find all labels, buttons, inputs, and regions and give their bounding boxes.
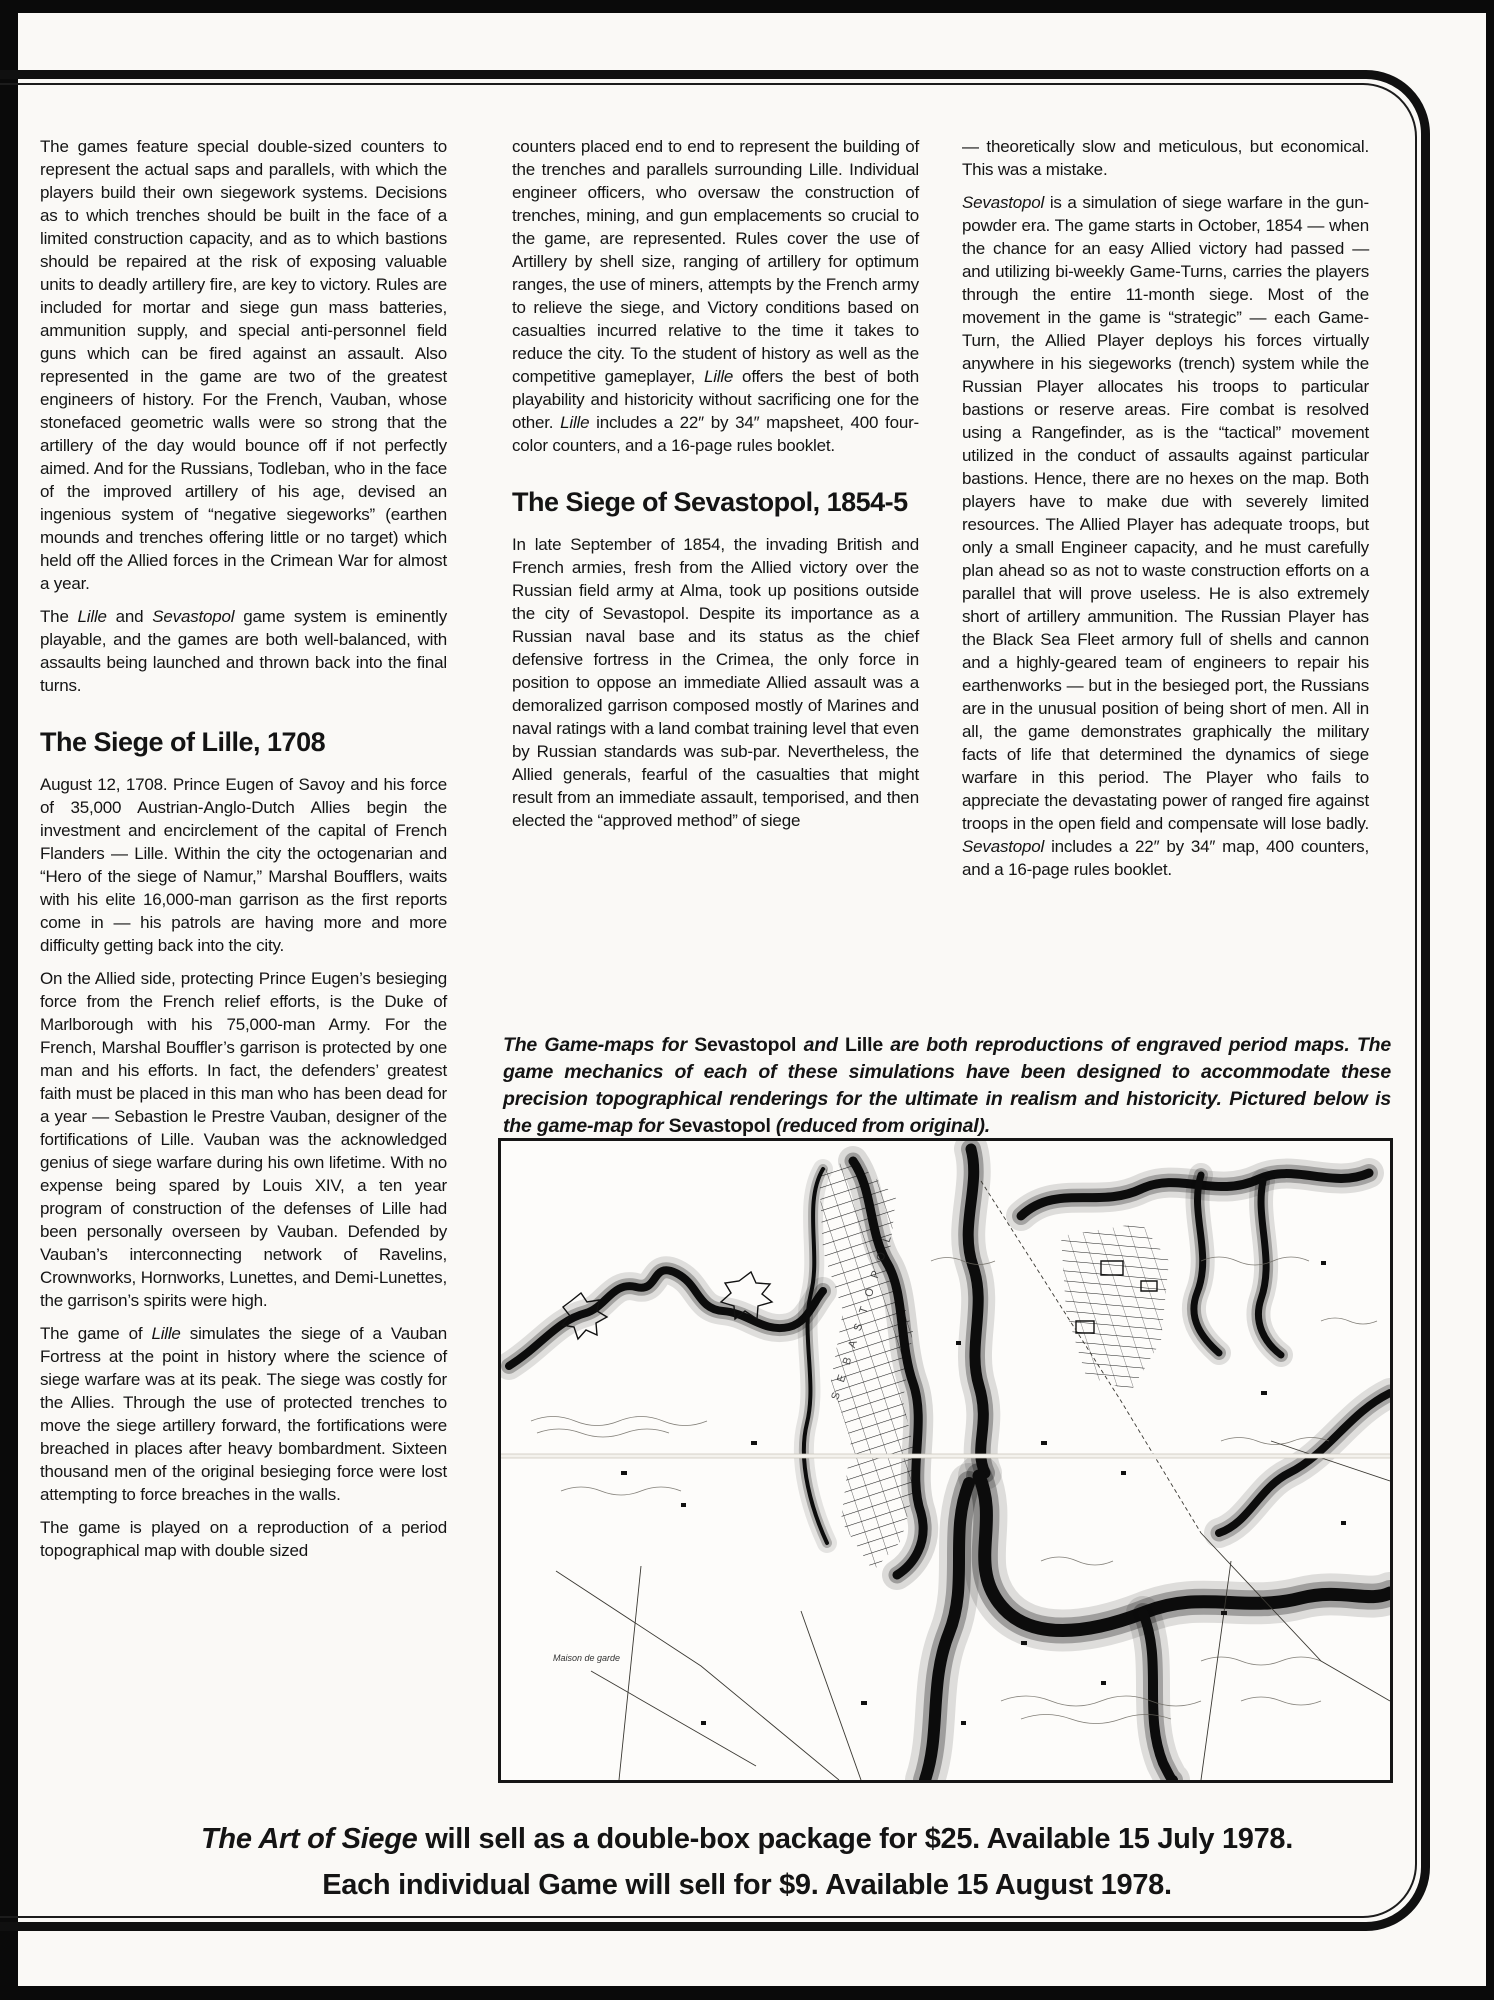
paragraph: Sevastopol is a simulation of siege warf… bbox=[962, 191, 1369, 881]
section-heading-lille: The Siege of Lille, 1708 bbox=[40, 727, 447, 757]
paragraph: The Lille and Sevastopol game system is … bbox=[40, 605, 447, 697]
paragraph: In late September of 1854, the invading … bbox=[512, 533, 919, 832]
price-line-1: The Art of Siege will sell as a double-b… bbox=[0, 1816, 1494, 1862]
sevastopol-map-image: S E B A S T O P O L Maison de garde bbox=[498, 1138, 1393, 1783]
paragraph: The games feature special double-sized c… bbox=[40, 135, 447, 595]
article-column-2: counters placed end to end to represent … bbox=[512, 135, 919, 842]
scan-frame-top bbox=[0, 0, 1494, 13]
paragraph: — theoretically slow and meticulous, but… bbox=[962, 135, 1369, 181]
paragraph: counters placed end to end to represent … bbox=[512, 135, 919, 457]
paragraph: The game of Lille simulates the siege of… bbox=[40, 1322, 447, 1506]
price-announcement: The Art of Siege will sell as a double-b… bbox=[0, 1816, 1494, 1908]
suburb-street-grid bbox=[1061, 1223, 1169, 1391]
paragraph: The game is played on a reproduction of … bbox=[40, 1516, 447, 1562]
paragraph: On the Allied side, protecting Prince Eu… bbox=[40, 967, 447, 1312]
article-column-3: — theoretically slow and meticulous, but… bbox=[962, 135, 1369, 891]
map-caption: The Game-maps for Sevastopol and Lille a… bbox=[503, 1032, 1391, 1140]
section-heading-sevastopol: The Siege of Sevastopol, 1854-5 bbox=[512, 487, 919, 517]
price-line-2: Each individual Game will sell for $9. A… bbox=[0, 1862, 1494, 1908]
map-fold-crease bbox=[501, 1454, 1390, 1458]
scan-frame-bottom bbox=[0, 1986, 1494, 2000]
map-label-house: Maison de garde bbox=[553, 1653, 620, 1663]
scan-frame-right bbox=[1486, 0, 1494, 2000]
article-column-1: The games feature special double-sized c… bbox=[40, 135, 447, 1572]
paragraph: August 12, 1708. Prince Eugen of Savoy a… bbox=[40, 773, 447, 957]
sevastopol-map-art: S E B A S T O P O L Maison de garde bbox=[501, 1141, 1390, 1780]
